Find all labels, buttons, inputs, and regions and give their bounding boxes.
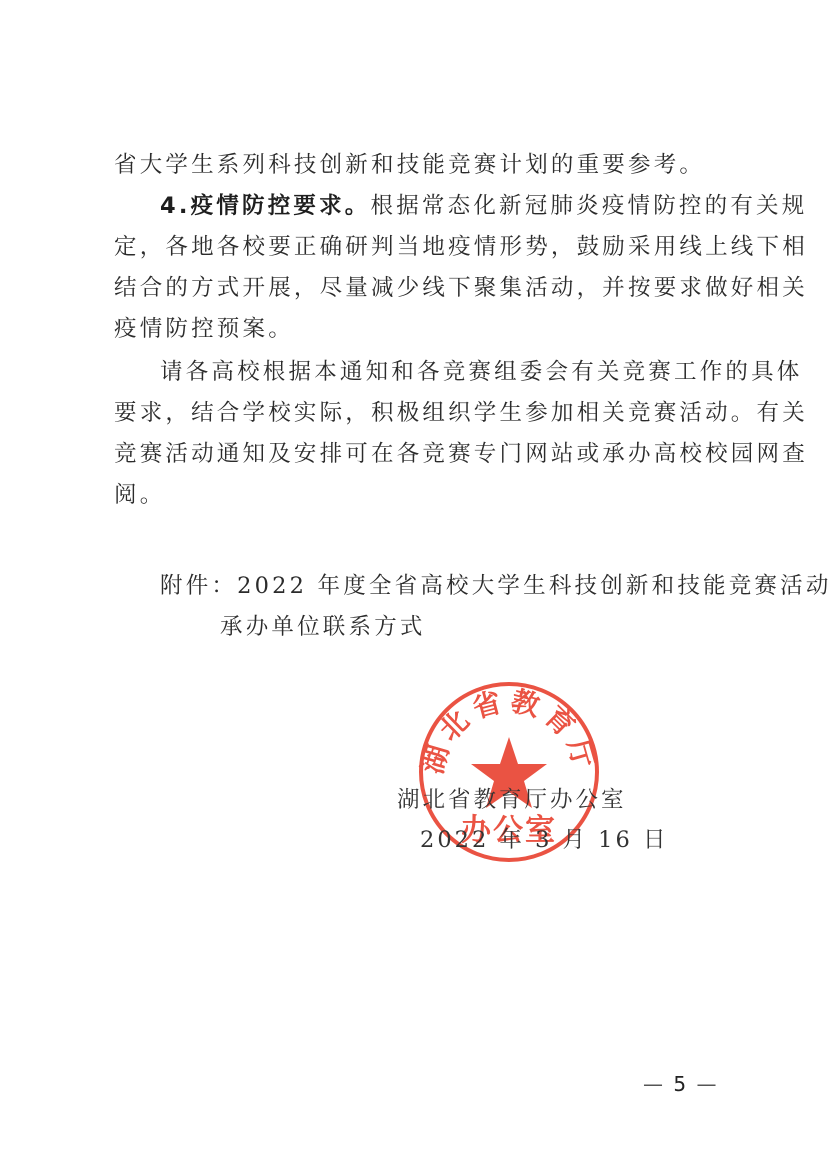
- section-heading: 4.疫情防控要求。: [160, 193, 371, 219]
- paragraph-line: 阅。: [114, 480, 714, 510]
- paragraph-line: 请各高校根据本通知和各竞赛组委会有关竞赛工作的具体: [160, 357, 760, 387]
- page-number-value: 5: [673, 1072, 688, 1096]
- page-number: — 5 —: [643, 1070, 718, 1098]
- paragraph-text: 根据常态化新冠肺炎疫情防控的有关规: [371, 193, 808, 219]
- paragraph-line: 疫情防控预案。: [114, 314, 714, 344]
- paragraph-line: 要求，结合学校实际，积极组织学生参加相关竞赛活动。有关: [114, 398, 714, 428]
- paragraph-line: 结合的方式开展，尽量减少线下聚集活动，并按要求做好相关: [114, 273, 714, 303]
- attachment-line: 承办单位联系方式: [220, 612, 820, 642]
- page-number-dash: —: [696, 1072, 718, 1096]
- signature-organization: 湖北省教育厅办公室: [397, 785, 627, 815]
- document-page: 省大学生系列科技创新和技能竞赛计划的重要参考。 4.疫情防控要求。根据常态化新冠…: [0, 0, 831, 1175]
- attachment-line: 附件：2022 年度全省高校大学生科技创新和技能竞赛活动: [160, 571, 760, 601]
- paragraph-line: 省大学生系列科技创新和技能竞赛计划的重要参考。: [114, 150, 714, 180]
- paragraph-line: 定，各地各校要正确研判当地疫情形势，鼓励采用线上线下相: [114, 232, 714, 262]
- signature-date: 2022 年 3 月 16 日: [420, 825, 668, 855]
- paragraph-line: 4.疫情防控要求。根据常态化新冠肺炎疫情防控的有关规: [160, 191, 760, 221]
- paragraph-line: 竞赛活动通知及安排可在各竞赛专门网站或承办高校校园网查: [114, 439, 714, 469]
- page-number-dash: —: [643, 1072, 665, 1096]
